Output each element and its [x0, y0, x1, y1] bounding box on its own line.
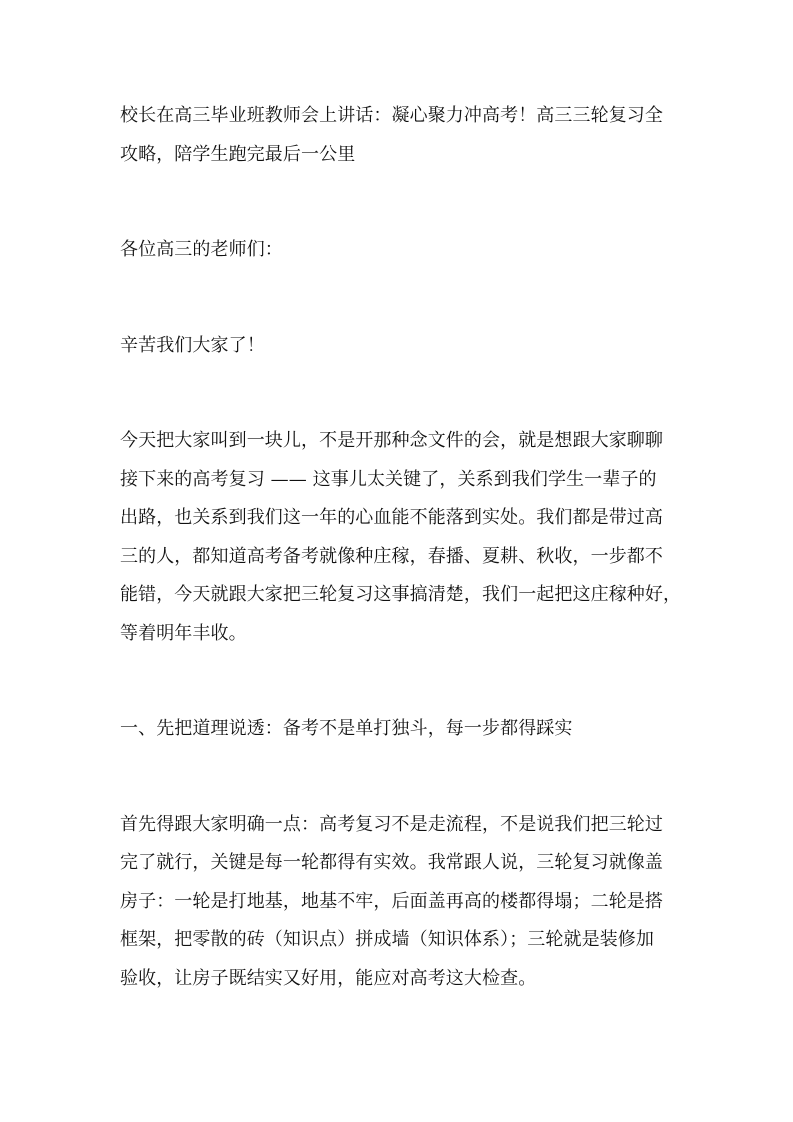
document-title: 校长在高三毕业班教师会上讲话：凝心聚力冲高考！高三三轮复习全 攻略，陪学生跑完最… — [120, 97, 680, 174]
paragraph-line: 完了就行，关键是每一轮都得有实效。我常跟人说，三轮复习就像盖 — [120, 844, 680, 883]
paragraph-line: 能错，今天就跟大家把三轮复习这事搞清楚，我们一起把这庄稼种好， — [120, 576, 680, 615]
paragraph-line: 三的人，都知道高考备考就像种庄稼，春播、夏耕、秋收，一步都不 — [120, 538, 680, 577]
section-heading: 一、先把道理说透：备考不是单打独斗，每一步都得踩实 — [120, 710, 680, 749]
paragraph-line: 今天把大家叫到一块儿，不是开那种念文件的会，就是想跟大家聊聊 — [120, 422, 680, 461]
greeting: 辛苦我们大家了！ — [120, 327, 680, 366]
paragraph-line: 房子：一轮是打地基，地基不牢，后面盖再高的楼都得塌；二轮是搭 — [120, 883, 680, 922]
paragraph-line: 框架，把零散的砖（知识点）拼成墙（知识体系）；三轮就是装修加 — [120, 921, 680, 960]
title-line: 校长在高三毕业班教师会上讲话：凝心聚力冲高考！高三三轮复习全 — [120, 97, 680, 136]
intro-paragraph: 今天把大家叫到一块儿，不是开那种念文件的会，就是想跟大家聊聊 接下来的高考复习 … — [120, 422, 680, 653]
document-page: 校长在高三毕业班教师会上讲话：凝心聚力冲高考！高三三轮复习全 攻略，陪学生跑完最… — [120, 97, 680, 998]
section1-paragraph: 首先得跟大家明确一点：高考复习不是走流程，不是说我们把三轮过 完了就行，关键是每… — [120, 806, 680, 999]
paragraph-line: 等着明年丰收。 — [120, 615, 680, 654]
paragraph-line: 首先得跟大家明确一点：高考复习不是走流程，不是说我们把三轮过 — [120, 806, 680, 845]
title-line: 攻略，陪学生跑完最后一公里 — [120, 136, 680, 175]
paragraph-line: 接下来的高考复习 —— 这事儿太关键了，关系到我们学生一辈子的 — [120, 461, 680, 500]
paragraph-line: 出路，也关系到我们这一年的心血能不能落到实处。我们都是带过高 — [120, 499, 680, 538]
salutation: 各位高三的老师们： — [120, 231, 680, 270]
paragraph-line: 验收，让房子既结实又好用，能应对高考这大检查。 — [120, 960, 680, 999]
